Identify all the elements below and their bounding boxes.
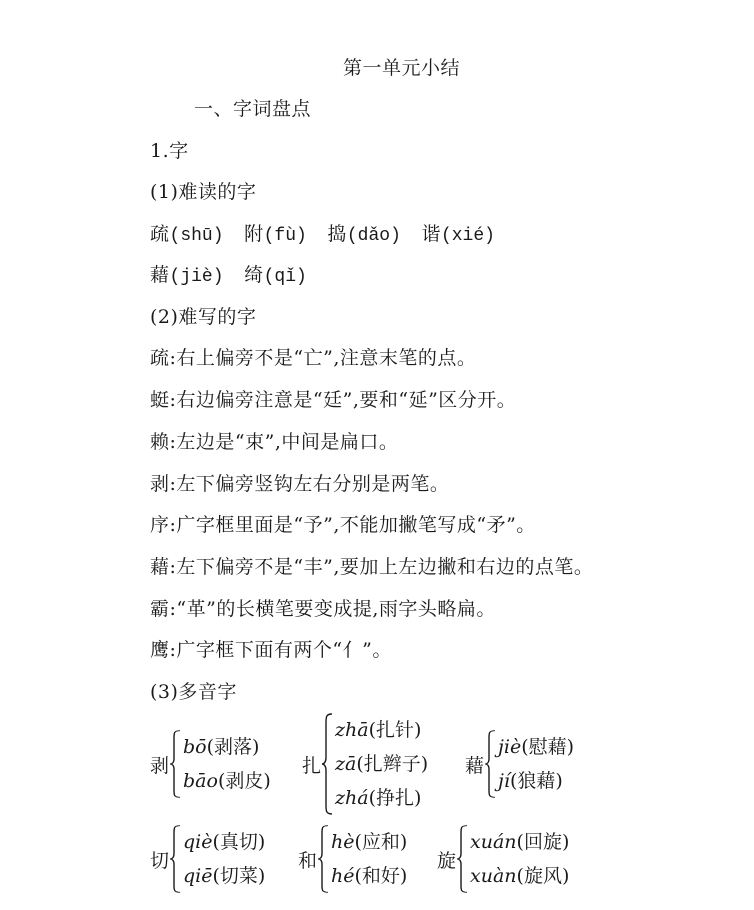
readings: hè(应和) hé(和好) bbox=[331, 825, 407, 893]
brace-icon bbox=[317, 825, 329, 893]
hard-to-read-row-1: 疏(shū) 附(fù) 捣(dǎo) 谐(xié) bbox=[150, 222, 495, 248]
readings: zhā(扎针) zā(扎辫子) zhá(挣扎) bbox=[335, 713, 428, 815]
subsection-heading: 1.字 bbox=[150, 139, 189, 163]
hard-to-read-row-2: 藉(jiè) 绮(qǐ) bbox=[150, 263, 307, 289]
hard-to-write-item: 霸:“革”的长横笔要变成提,雨字头略扁。 bbox=[150, 597, 496, 621]
page-title: 第一单元小结 bbox=[343, 56, 460, 80]
polyphone-group: 旋 xuán(回旋) xuàn(旋风) bbox=[437, 825, 569, 893]
reading: bō(剥落) bbox=[183, 730, 271, 764]
pinyin: (xié) bbox=[441, 226, 495, 246]
reading: jí(狼藉) bbox=[498, 764, 574, 798]
polyphone-group: 切 qiè(真切) qiē(切菜) bbox=[150, 825, 265, 893]
brace-icon bbox=[169, 730, 181, 798]
reading: qiè(真切) bbox=[183, 825, 265, 859]
reading: xuán(回旋) bbox=[470, 825, 569, 859]
brace-icon bbox=[169, 825, 181, 893]
hard-to-write-item: 鹰:广字框下面有两个“亻”。 bbox=[150, 638, 392, 662]
readings: jiè(慰藉) jí(狼藉) bbox=[498, 730, 574, 798]
reading: zhá(挣扎) bbox=[335, 781, 428, 815]
hard-to-write-item: 剥:左下偏旁竖钩左右分别是两笔。 bbox=[150, 472, 449, 496]
polyphone-char: 切 bbox=[150, 846, 169, 873]
part1-heading: (1)难读的字 bbox=[150, 180, 256, 204]
part2-heading: (2)难写的字 bbox=[150, 305, 256, 329]
char: 附 bbox=[244, 223, 264, 245]
char: 捣 bbox=[327, 223, 347, 245]
pinyin: (shū) bbox=[170, 226, 224, 246]
reading: hé(和好) bbox=[331, 859, 407, 893]
brace-icon bbox=[321, 713, 333, 815]
hard-to-write-item: 赖:左边是“束”,中间是扁口。 bbox=[150, 430, 398, 454]
char: 疏 bbox=[150, 223, 170, 245]
reading: zhā(扎针) bbox=[335, 713, 428, 747]
polyphone-char: 剥 bbox=[150, 751, 169, 778]
reading: qiē(切菜) bbox=[183, 859, 265, 893]
hard-to-write-item: 藉:左下偏旁不是“丰”,要加上左边撇和右边的点笔。 bbox=[150, 555, 593, 579]
char: 藉 bbox=[150, 264, 170, 286]
polyphone-char: 藉 bbox=[465, 751, 484, 778]
polyphone-group: 剥 bō(剥落) bāo(剥皮) bbox=[150, 730, 271, 798]
section-heading: 一、字词盘点 bbox=[194, 97, 311, 121]
brace-icon bbox=[484, 730, 496, 798]
polyphone-group: 扎 zhā(扎针) zā(扎辫子) zhá(挣扎) bbox=[302, 713, 428, 815]
reading: bāo(剥皮) bbox=[183, 764, 271, 798]
pinyin: (jiè) bbox=[170, 267, 224, 287]
readings: bō(剥落) bāo(剥皮) bbox=[183, 730, 271, 798]
readings: xuán(回旋) xuàn(旋风) bbox=[470, 825, 569, 893]
pinyin: (qǐ) bbox=[264, 267, 307, 287]
hard-to-write-item: 蜓:右边偏旁注意是“廷”,要和“延”区分开。 bbox=[150, 388, 516, 412]
part3-heading: (3)多音字 bbox=[150, 680, 237, 704]
polyphone-char: 扎 bbox=[302, 751, 321, 778]
readings: qiè(真切) qiē(切菜) bbox=[183, 825, 265, 893]
reading: hè(应和) bbox=[331, 825, 407, 859]
reading: zā(扎辫子) bbox=[335, 747, 428, 781]
hard-to-write-item: 疏:右上偏旁不是“亡”,注意末笔的点。 bbox=[150, 346, 476, 370]
char: 谐 bbox=[421, 223, 441, 245]
brace-icon bbox=[456, 825, 468, 893]
hard-to-write-item: 序:广字框里面是“予”,不能加撇笔写成“矛”。 bbox=[150, 513, 536, 537]
pinyin: (dǎo) bbox=[347, 226, 401, 246]
reading: xuàn(旋风) bbox=[470, 859, 569, 893]
polyphone-group: 藉 jiè(慰藉) jí(狼藉) bbox=[465, 730, 574, 798]
polyphone-char: 旋 bbox=[437, 846, 456, 873]
polyphone-char: 和 bbox=[298, 846, 317, 873]
reading: jiè(慰藉) bbox=[498, 730, 574, 764]
pinyin: (fù) bbox=[264, 226, 307, 246]
polyphone-group: 和 hè(应和) hé(和好) bbox=[298, 825, 407, 893]
char: 绮 bbox=[244, 264, 264, 286]
